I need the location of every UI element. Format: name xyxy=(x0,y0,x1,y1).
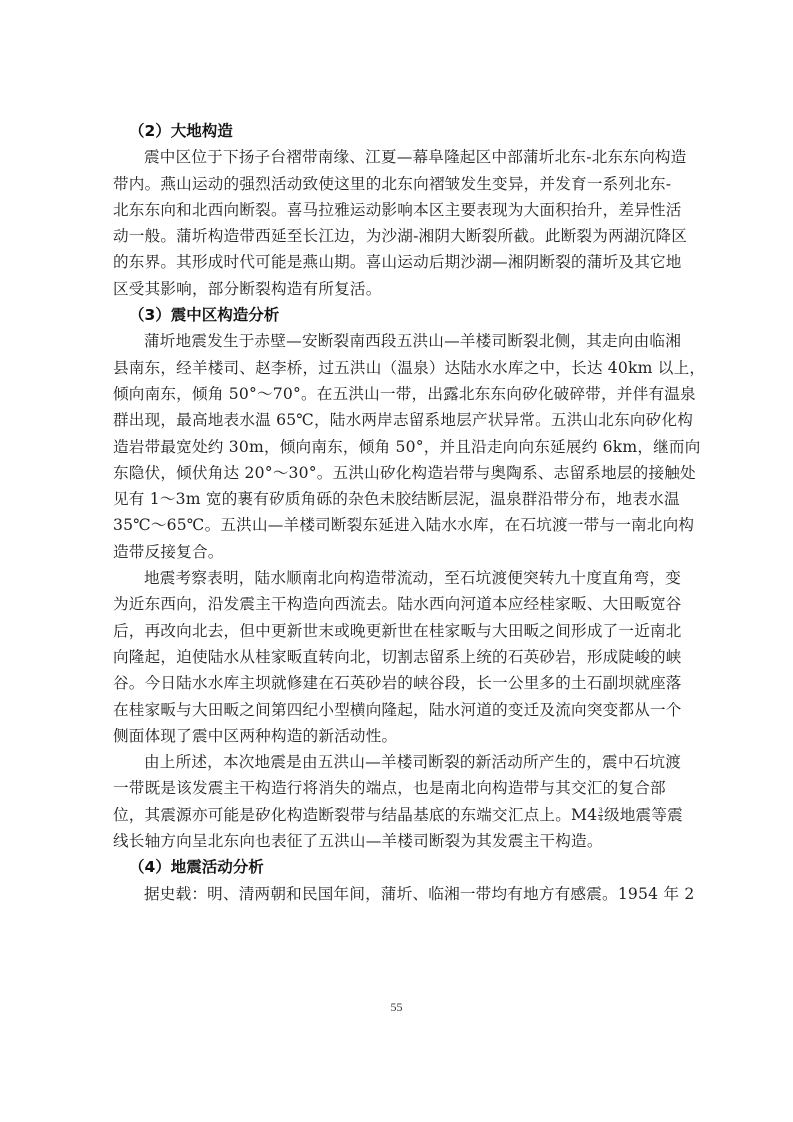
paragraph: 由上所述，本次地震是由五洪山—羊楼司断裂的新活动所产生的，震中石坑渡 一带既是该… xyxy=(113,749,687,854)
text-line: 35℃～65℃。五洪山—羊楼司断裂东延进入陆水水库，在石坑渡一带与一南北向构 xyxy=(113,512,687,538)
fraction-denominator: 4 xyxy=(598,816,603,823)
text-line: 后，再改向北去，但中更新世末或晚更新世在桂家畈与大田畈之间形成了一近南北 xyxy=(113,618,687,644)
text-segment: 级地震等震 xyxy=(604,806,683,824)
page-number: 55 xyxy=(0,1000,793,1015)
text-line: 造带反接复合。 xyxy=(113,539,687,565)
text-line: 侧面体现了震中区两种构造的新活动性。 xyxy=(113,723,687,749)
text-line: 据史载：明、清两朝和民国年间，蒲圻、临湘一带均有地方有感震。1954 年 2 xyxy=(113,881,687,907)
paragraph: 震中区位于下扬子台褶带南缘、江夏—幕阜隆起区中部蒲圻北东-北东东向构造 带内。燕… xyxy=(113,144,687,302)
text-line: 倾向南东，倾角 50°～70°。在五洪山一带，出露北东东向矽化破碎带，并伴有温泉 xyxy=(113,381,687,407)
text-line: 区受其影响，部分断裂构造有所复活。 xyxy=(113,276,687,302)
text-line: 群出现，最高地表水温 65℃，陆水两岸志留系地层产状异常。五洪山北东向矽化构 xyxy=(113,407,687,433)
text-line: 谷。今日陆水水库主坝就修建在石英砂岩的峡谷段，长一公里多的土石副坝就座落 xyxy=(113,670,687,696)
text-line-with-magnitude: 位，其震源亦可能是矽化构造断裂带与结晶基底的东端交汇点上。M434级地震等震 xyxy=(113,802,687,828)
text-line: 的东界。其形成时代可能是燕山期。喜山运动后期沙湖—湘阴断裂的蒲圻及其它地 xyxy=(113,249,687,275)
text-line: 地震考察表明，陆水顺南北向构造带流动，至石坑渡便突转九十度直角弯，变 xyxy=(113,565,687,591)
text-line: 北东东向和北西向断裂。喜马拉雅运动影响本区主要表现为大面积抬升，差异性活 xyxy=(113,197,687,223)
text-line: 蒲圻地震发生于赤壁—安断裂南西段五洪山—羊楼司断裂北侧，其走向由临湘 xyxy=(113,328,687,354)
magnitude-fraction: 34 xyxy=(598,808,603,823)
text-line: 在桂家畈与大田畈之间第四纪小型横向隆起，陆水河道的变迁及流向突变都从一个 xyxy=(113,697,687,723)
section-heading-tectonics: （2）大地构造 xyxy=(113,118,687,144)
paragraph: 蒲圻地震发生于赤壁—安断裂南西段五洪山—羊楼司断裂北侧，其走向由临湘 县南东，经… xyxy=(113,328,687,565)
document-page: （2）大地构造 震中区位于下扬子台褶带南缘、江夏—幕阜隆起区中部蒲圻北东-北东东… xyxy=(113,118,687,907)
text-line: 震中区位于下扬子台褶带南缘、江夏—幕阜隆起区中部蒲圻北东-北东东向构造 xyxy=(113,144,687,170)
paragraph: 地震考察表明，陆水顺南北向构造带流动，至石坑渡便突转九十度直角弯，变 为近东西向… xyxy=(113,565,687,749)
paragraph: 据史载：明、清两朝和民国年间，蒲圻、临湘一带均有地方有感震。1954 年 2 xyxy=(113,881,687,907)
text-line: 造岩带最宽处约 30m，倾向南东，倾角 50°，并且沿走向向东延展约 6km，继… xyxy=(113,434,687,460)
text-line: 向隆起，迫使陆水从桂家畈直转向北，切割志留系上统的石英砂岩，形成陡峻的峡 xyxy=(113,644,687,670)
text-line: 线长轴方向呈北东向也表征了五洪山—羊楼司断裂为其发震主干构造。 xyxy=(113,828,687,854)
text-line: 由上所述，本次地震是由五洪山—羊楼司断裂的新活动所产生的，震中石坑渡 xyxy=(113,749,687,775)
text-line: 见有 1～3m 宽的裹有矽质角砾的杂色未胶结断层泥，温泉群沿带分布，地表水温 xyxy=(113,486,687,512)
section-heading-epicenter-structure: （3）震中区构造分析 xyxy=(113,302,687,328)
text-line: 一带既是该发震主干构造行将消失的端点，也是南北向构造带与其交汇的复合部 xyxy=(113,775,687,801)
text-line: 为近东西向，沿发震主干构造向西流去。陆水西向河道本应经桂家畈、大田畈宽谷 xyxy=(113,591,687,617)
text-line: 东隐伏，倾伏角达 20°～30°。五洪山矽化构造岩带与奥陶系、志留系地层的接触处 xyxy=(113,460,687,486)
text-segment: 位，其震源亦可能是矽化构造断裂带与结晶基底的东端交汇点上。M4 xyxy=(113,806,597,824)
text-line: 动一般。蒲圻构造带西延至长江边，为沙湖-湘阴大断裂所截。此断裂为两湖沉降区 xyxy=(113,223,687,249)
section-heading-seismic-activity: （4）地震活动分析 xyxy=(113,854,687,880)
text-line: 县南东，经羊楼司、赵李桥，过五洪山（温泉）达陆水水库之中，长达 40km 以上， xyxy=(113,355,687,381)
text-line: 带内。燕山运动的强烈活动致使这里的北东向褶皱发生变异，并发育一系列北东- xyxy=(113,171,687,197)
